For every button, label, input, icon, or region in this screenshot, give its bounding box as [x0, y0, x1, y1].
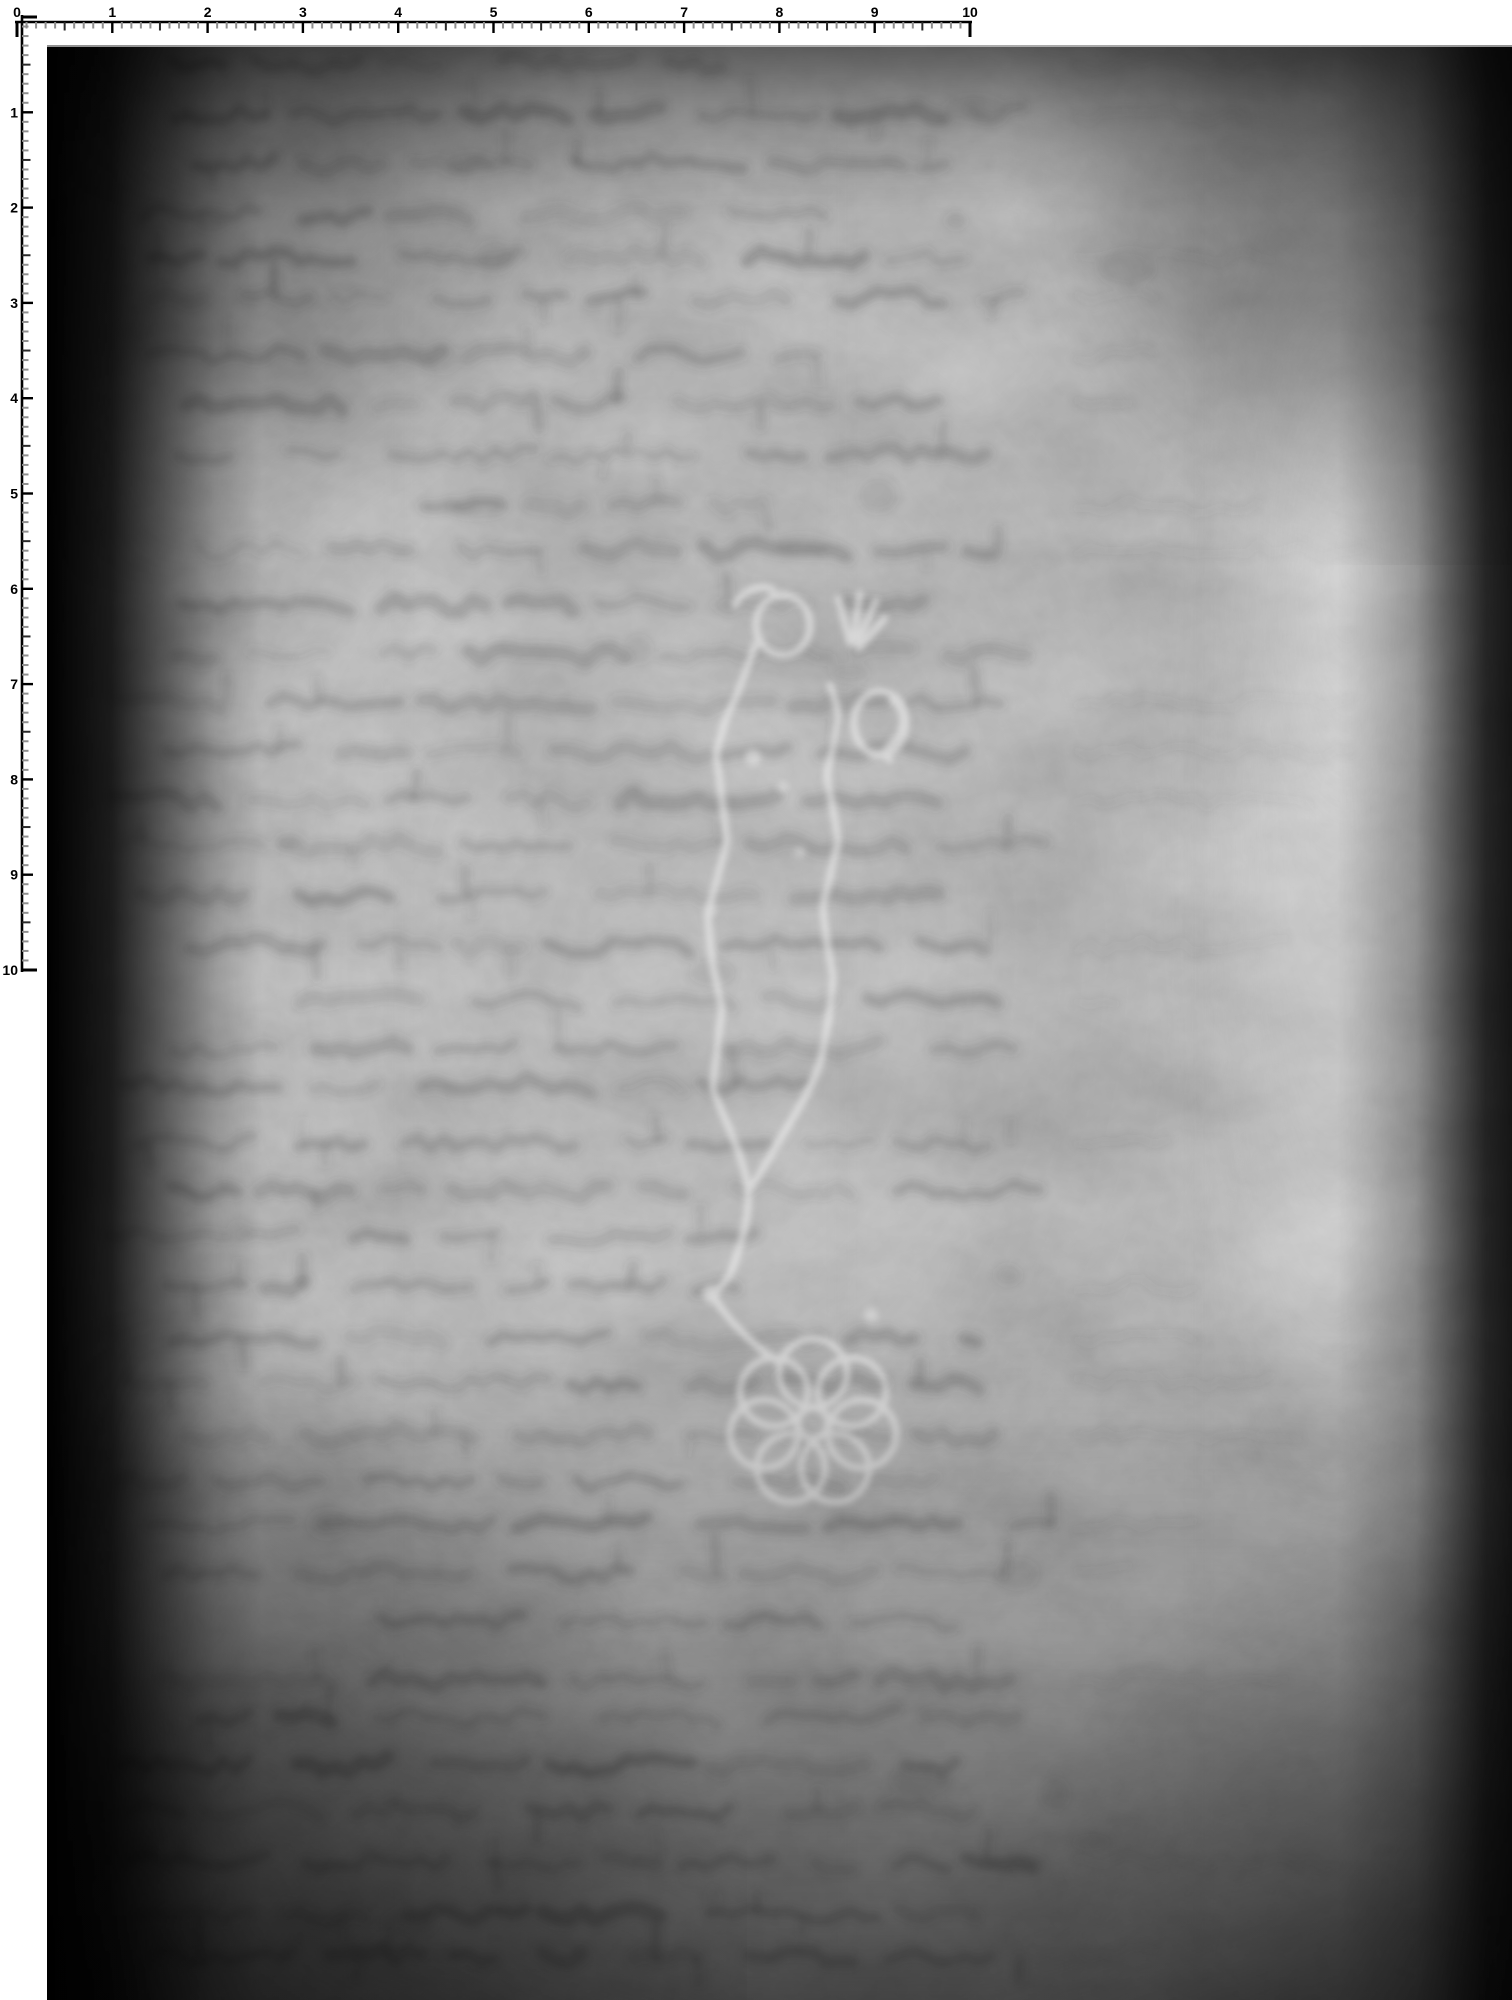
- left-ruler-label-7: 7: [10, 676, 18, 692]
- left-ruler-label-6: 6: [10, 581, 18, 597]
- left-ruler-label-4: 4: [10, 390, 18, 406]
- top-ruler-label-8: 8: [776, 4, 784, 20]
- left-ruler-label-1: 1: [10, 104, 18, 120]
- top-ruler-label-7: 7: [680, 4, 688, 20]
- measurement-rulers: 012345678910 12345678910: [0, 0, 1512, 2000]
- top-ruler-label-0: 0: [13, 4, 21, 20]
- top-ruler-label-2: 2: [204, 4, 212, 20]
- top-ruler-label-5: 5: [490, 4, 498, 20]
- top-ruler-label-9: 9: [871, 4, 879, 20]
- top-ruler-label-1: 1: [108, 4, 116, 20]
- left-ruler-label-9: 9: [10, 867, 18, 883]
- left-ruler-label-3: 3: [10, 295, 18, 311]
- top-ruler-label-6: 6: [585, 4, 593, 20]
- top-ruler-label-3: 3: [299, 4, 307, 20]
- left-ruler-label-10: 10: [2, 962, 18, 978]
- left-ruler: 12345678910: [2, 15, 37, 978]
- left-ruler-label-2: 2: [10, 200, 18, 216]
- watermark-radiograph-sheet: 012345678910 12345678910: [0, 0, 1512, 2000]
- left-ruler-label-8: 8: [10, 771, 18, 787]
- top-ruler-label-10: 10: [962, 4, 978, 20]
- top-ruler: 012345678910: [13, 4, 978, 37]
- left-ruler-label-5: 5: [10, 486, 18, 502]
- top-ruler-label-4: 4: [394, 4, 402, 20]
